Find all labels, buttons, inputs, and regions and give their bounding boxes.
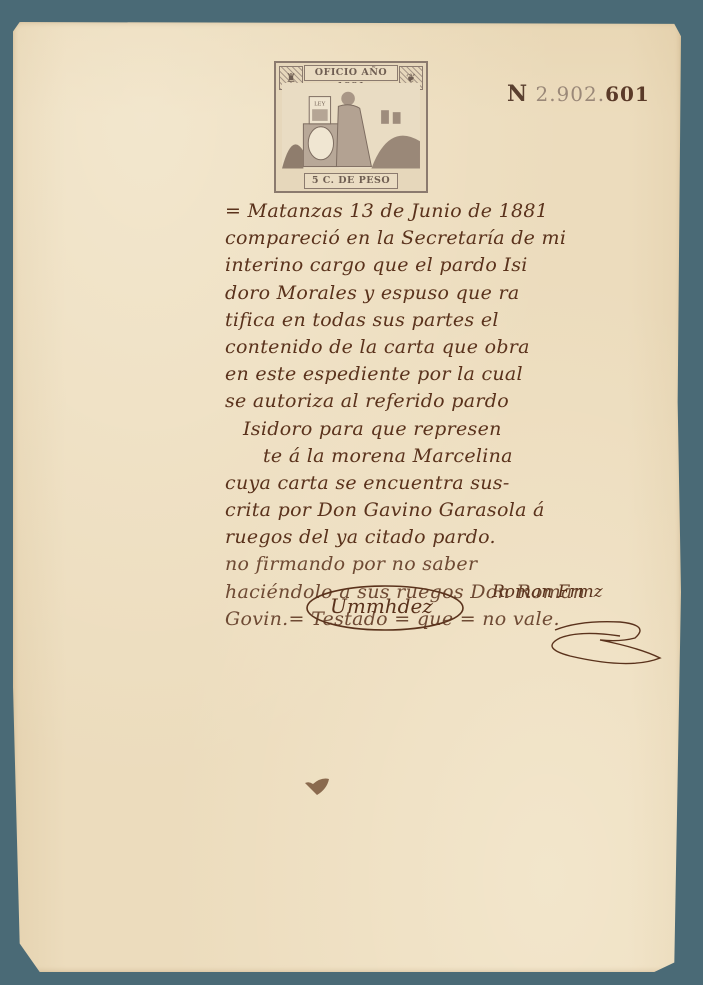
body-line: compareció en la Secretaría de mi [225, 225, 685, 252]
signature-block: Ummhdez Roman Frmz [300, 580, 680, 690]
body-line: te á la morena Marcelina [225, 443, 685, 470]
body-line: cuya carta se encuentra sus- [225, 470, 685, 497]
serial-end: 601 [605, 82, 650, 106]
serial-prefix: N [507, 81, 528, 107]
body-line: = Matanzas 13 de Junio de 1881 [225, 198, 685, 225]
body-line: no firmando por no saber [225, 551, 685, 578]
handwritten-body: = Matanzas 13 de Junio de 1881 compareci… [225, 198, 685, 633]
body-line: tifica en todas sus partes el [225, 307, 685, 334]
serial-number: N 2.902.601 [507, 81, 650, 107]
stamp-header: OFICIO AÑO 1881 [304, 65, 398, 81]
serial-middle: 2.902. [535, 82, 605, 106]
body-line: Isidoro para que represen [225, 416, 685, 443]
body-line: contenido de la carta que obra [225, 334, 685, 361]
body-line: interino cargo que el pardo Isi [225, 252, 685, 279]
justice-figure-icon: LEY [282, 83, 420, 169]
body-line: ruegos del ya citado pardo. [225, 524, 685, 551]
body-line: se autoriza al referido pardo [225, 388, 685, 415]
body-line: doro Morales y espuso que ra [225, 280, 685, 307]
svg-text:LEY: LEY [314, 101, 326, 107]
body-line: crita por Don Gavino Garasola á [225, 497, 685, 524]
fiscal-stamp: ♜ ❦ OFICIO AÑO 1881 LEY 5 C. DE PESO [274, 61, 428, 193]
right-signature: Roman Frmz [492, 582, 603, 602]
ink-blot-icon [303, 775, 333, 799]
left-signature: Ummhdez [330, 594, 433, 618]
stamp-footer: 5 C. DE PESO [304, 173, 398, 189]
body-line: en este espediente por la cual [225, 361, 685, 388]
